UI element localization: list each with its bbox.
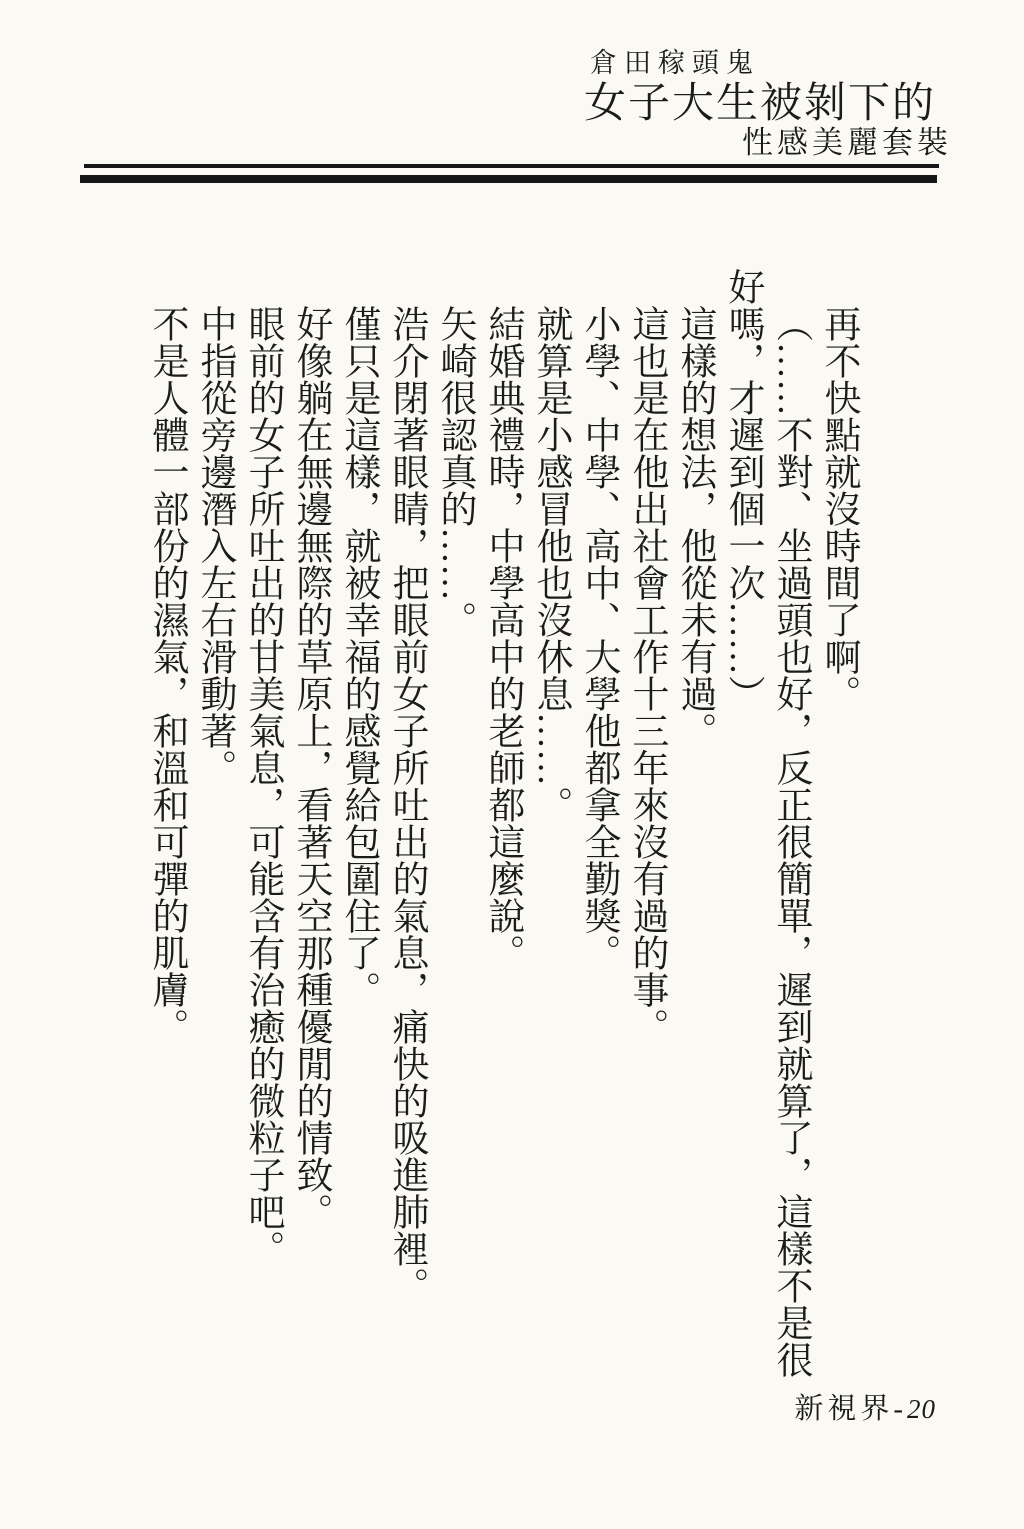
page-number: 20 [907,1394,936,1424]
header: 倉田稼頭鬼 女子大生被剝下的 性感美麗套裝 [584,48,952,160]
paragraph: 不是人體一部份的濕氣，和溫和可彈的肌膚。 [142,268,190,1378]
paragraph: 小學、中學、高中、大學他都拿全勤獎。 [574,268,622,1378]
paragraph: 結婚典禮時，中學高中的老師都這麼說。 [478,268,526,1378]
paragraph: 這樣的想法，他從未有過。 [670,268,718,1378]
footer: 新視界-20 [794,1386,936,1427]
paragraph: （……不對、坐過頭也好，反正很簡單，遲到就算了，這樣不是很好嗎，才遲到個一次……… [718,268,814,1378]
paragraph: 這也是在他出社會工作十三年來沒有過的事。 [622,268,670,1378]
paragraph: 就算是小感冒他也沒休息……。 [526,268,574,1378]
paragraph: 中指從旁邊潛入左右滑動著。 [190,268,238,1378]
book-title: 女子大生被剝下的 [584,83,952,125]
header-rule-thin [84,164,939,168]
paragraph: 好像躺在無邊無際的草原上，看著天空那種優閒的情致。 [286,268,334,1378]
footer-separator: - [893,1393,907,1425]
paragraph: 眼前的女子所吐出的甘美氣息，可能含有治癒的微粒子吧。 [238,268,286,1378]
book-subtitle: 性感美麗套裝 [584,127,952,160]
author-name: 倉田稼頭鬼 [590,48,952,79]
publisher-mark: 新視界 [794,1393,893,1425]
paragraph: 浩介閉著眼睛，把眼前女子所吐出的氣息，痛快的吸進肺裡。 [382,268,430,1378]
paragraph: 再不快點就沒時間了啊。 [814,268,862,1378]
book-page: 倉田稼頭鬼 女子大生被剝下的 性感美麗套裝 再不快點就沒時間了啊。 （……不對、… [0,0,1024,1529]
header-rule-thick [80,175,937,183]
paragraph: 矢崎很認真的……。 [430,268,478,1378]
paragraph: 僅只是這樣，就被幸福的感覺給包圍住了。 [334,268,382,1378]
body-text: 再不快點就沒時間了啊。 （……不對、坐過頭也好，反正很簡單，遲到就算了，這樣不是… [142,268,862,1378]
